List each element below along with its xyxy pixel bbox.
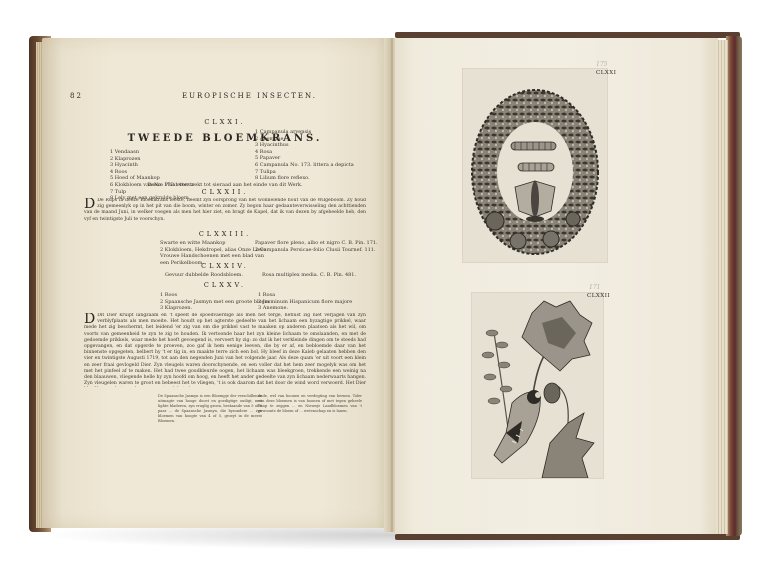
section-number: CLXXI. [75, 118, 375, 126]
section-number: CLXXIV. [75, 262, 375, 270]
list-latin: Papaver flore pleno, albo et nigro C. B.… [255, 240, 378, 253]
plant-latin: Rosa multiplex media. C. B. Pin. 481. [262, 272, 356, 279]
section-paragraph: DDit Dier kruipt langzaam en 't speelt d… [84, 313, 366, 387]
list-latin: 1 Rosa 2 Jasminum Hispanicum flore major… [258, 292, 352, 312]
list-item: 2 Anemone [255, 136, 354, 143]
running-title: EUROPISCHE INSECTEN. [182, 92, 317, 100]
list-item: 3 Klaprozen. [160, 305, 269, 312]
list-item: 7 Tulipa [255, 169, 354, 176]
bottom-cover-edge [395, 534, 740, 540]
plant-dutch: Gevuur dubbelde Roodsbloem. [165, 272, 243, 279]
plate-wreath [463, 69, 607, 262]
list-item: 3 Anemone. [258, 305, 352, 312]
paragraph-text: Dit Dier kruipt langzaam en 't speelt de… [84, 313, 366, 387]
right-cover-binding [726, 36, 742, 536]
list-item: 5 Hoed of Maankop [110, 175, 194, 182]
list-dutch: 1 Roos 2 Spaansche Jasmyn met een groote… [160, 292, 269, 312]
drop-cap: D [84, 313, 95, 325]
footnote: De Spaansche Jasmyn is een Bloempje der … [158, 394, 262, 424]
list-item: 2 Campanula Persicae-folio Clusii Tourne… [255, 247, 378, 254]
list-item: 2 Klaprozen [110, 156, 194, 163]
footnote: ende, wel van boonen en verdegting van b… [258, 394, 362, 416]
list-item: 6 Campanula No. 173. littera a depicta [255, 162, 354, 169]
pencil-number: 175 [596, 61, 607, 68]
drop-cap: D [84, 198, 95, 210]
list-item: 3 Hyacinth [110, 162, 194, 169]
section-number: CLXXV. [75, 281, 375, 289]
list-item: 2 Jasminum Hispanicum flore majore [258, 299, 352, 306]
right-page-edges [716, 40, 728, 534]
section-number: CLXXII. [75, 188, 375, 196]
open-book: 82 EUROPISCHE INSECTEN. CLXXI. TWEEDE BL… [0, 0, 768, 580]
list-latin: 1 Campanula arvensis 2 Anemone 3 Hyacint… [255, 129, 354, 182]
list-item: Swarte en witte Maankop [160, 240, 270, 247]
section-paragraph: DDe Rups in deeze Bloemkrans leeste, nee… [84, 198, 366, 226]
list-item: 2 Spaansche Jasmyn met een groote bloem [160, 299, 269, 306]
list-item: 4 Rosa [255, 149, 354, 156]
list-item: 1 Roos [160, 292, 269, 299]
plate-number: CLXXII [587, 293, 610, 299]
paragraph-text: De Rups in deeze Bloemkrans leeste, neem… [84, 198, 366, 222]
goldfinch-poppy-engraving-icon [472, 293, 603, 478]
list-item: 5 Papaver [255, 155, 354, 162]
list-item: 4 Roos [110, 169, 194, 176]
pencil-number: 171 [589, 284, 600, 291]
wreath-engraving-icon [463, 69, 607, 262]
list-item: 3 Hyacinthus [255, 142, 354, 149]
section-number: CLXXIII. [75, 230, 375, 238]
plate-number: CLXXI [596, 70, 616, 76]
list-item: 1 Vendaasn [110, 149, 194, 156]
list-item: 8 Lilium flore reflexo. [255, 175, 354, 182]
page-number: 82 [70, 92, 83, 100]
list-item: Papaver flore pleno, albo et nigro C. B.… [255, 240, 378, 247]
plate-goldfinch-poppy [472, 293, 603, 478]
list-item: 1 Campanula arvensis [255, 129, 354, 136]
list-item: 1 Rosa [258, 292, 352, 299]
